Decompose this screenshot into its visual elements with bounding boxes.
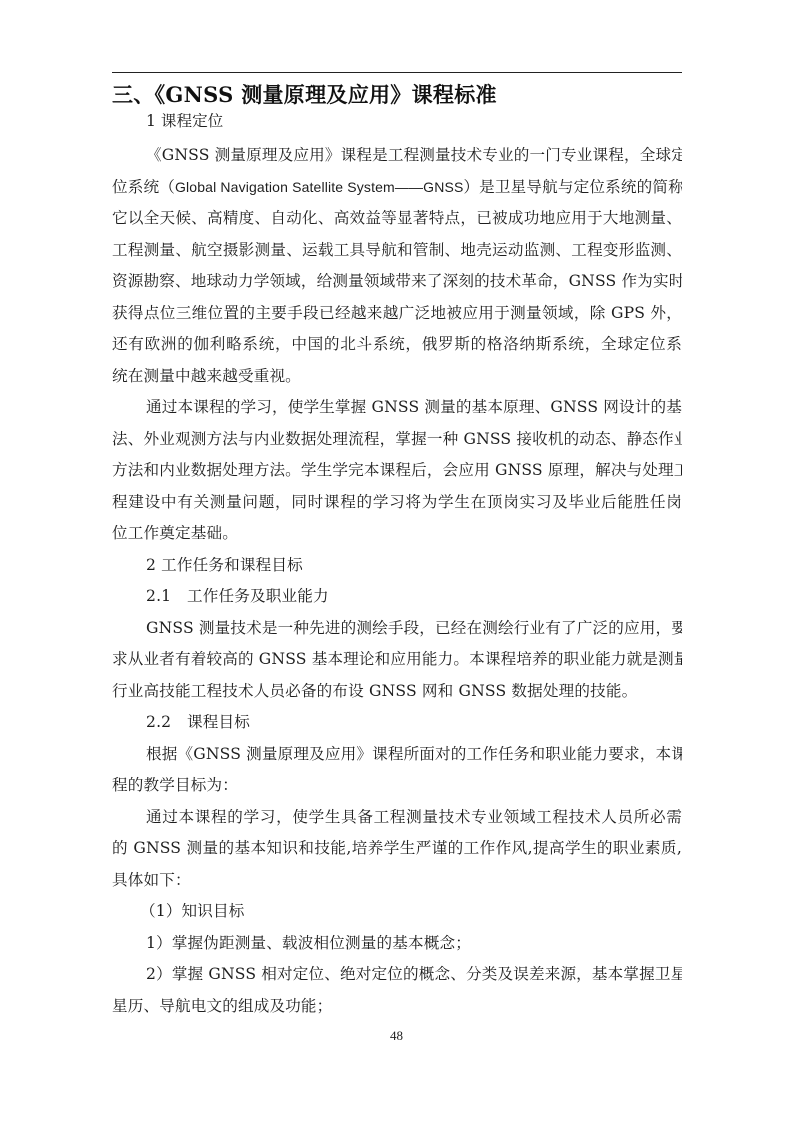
section-1-title: 1 课程定位: [112, 108, 682, 134]
text-line: 资源勘察、地球动力学领域，给测量领域带来了深刻的技术革命，GNSS 作为实时: [112, 266, 682, 298]
text-line: 《GNSS 测量原理及应用》课程是工程测量技术专业的一门专业课程，全球定: [112, 140, 682, 172]
text-line: 求从业者有着较高的 GNSS 基本理论和应用能力。本课程培养的职业能力就是测量: [112, 644, 682, 676]
text-fragment: 位系统（: [112, 178, 175, 196]
text-fragment: ）是卫星导航与定位系统的简称。: [463, 178, 682, 196]
text-line: 行业高技能工程技术人员必备的布设 GNSS 网和 GNSS 数据处理的技能。: [112, 676, 682, 708]
text-line: 还有欧洲的伽利略系统，中国的北斗系统，俄罗斯的格洛纳斯系统，全球定位系: [112, 329, 682, 361]
latin-term: Global Navigation Satellite System——GNSS: [175, 179, 463, 195]
page-number: 48: [0, 1028, 793, 1044]
text-line: 根据《GNSS 测量原理及应用》课程所面对的工作任务和职业能力要求，本课: [112, 739, 682, 771]
document-page: 三、《GNSS 测量原理及应用》课程标准 1 课程定位 《GNSS 测量原理及应…: [0, 0, 793, 1122]
text-line: 位工作奠定基础。: [112, 518, 682, 550]
text-line: 法、外业观测方法与内业数据处理流程，掌握一种 GNSS 接收机的动态、静态作业: [112, 424, 682, 456]
section-1-paragraph-2: 通过本课程的学习，使学生掌握 GNSS 测量的基本原理、GNSS 网设计的基本方…: [112, 392, 682, 550]
text-line: 统在测量中越来越受重视。: [112, 361, 682, 393]
knowledge-goal-item-2: 2）掌握 GNSS 相对定位、绝对定位的概念、分类及误差来源，基本掌握卫星 星历…: [112, 959, 682, 1022]
page-title: 三、《GNSS 测量原理及应用》课程标准: [112, 80, 682, 110]
text-line: 的 GNSS 测量的基本知识和技能,培养学生严谨的工作作风,提高学生的职业素质,: [112, 833, 682, 865]
subsection-2-2-paragraph-2: 通过本课程的学习，使学生具备工程测量技术专业领域工程技术人员所必需 的 GNSS…: [112, 802, 682, 897]
text-line: 通过本课程的学习，使学生具备工程测量技术专业领域工程技术人员所必需: [112, 802, 682, 834]
text-line: 工程测量、航空摄影测量、运载工具导航和管制、地壳运动监测、工程变形监测、: [112, 235, 682, 267]
header-rule: [112, 72, 682, 73]
section-2-title: 2 工作任务和课程目标: [112, 550, 682, 582]
text-line: 它以全天候、高精度、自动化、高效益等显著特点，已被成功地应用于大地测量、: [112, 203, 682, 235]
knowledge-goals-title: （1）知识目标: [112, 896, 682, 928]
section-1-paragraph-1: 《GNSS 测量原理及应用》课程是工程测量技术专业的一门专业课程，全球定 位系统…: [112, 140, 682, 392]
text-line: 具体如下：: [112, 865, 682, 897]
knowledge-goal-item-1: 1）掌握伪距测量、载波相位测量的基本概念；: [112, 928, 682, 960]
text-line: 通过本课程的学习，使学生掌握 GNSS 测量的基本原理、GNSS 网设计的基本方: [112, 392, 682, 424]
subsection-2-1-title: 2.1 工作任务及职业能力: [112, 581, 682, 613]
text-line: 获得点位三维位置的主要手段已经越来越广泛地被应用于测量领域，除 GPS 外，: [112, 298, 682, 330]
subsection-2-2-title: 2.2 课程目标: [112, 707, 682, 739]
text-line: 2）掌握 GNSS 相对定位、绝对定位的概念、分类及误差来源，基本掌握卫星: [112, 959, 682, 991]
text-line: 星历、导航电文的组成及功能；: [112, 991, 682, 1023]
subsection-2-2-paragraph-1: 根据《GNSS 测量原理及应用》课程所面对的工作任务和职业能力要求，本课 程的教…: [112, 739, 682, 802]
page-content: 三、《GNSS 测量原理及应用》课程标准 1 课程定位 《GNSS 测量原理及应…: [112, 80, 682, 1022]
text-line: 程的教学目标为：: [112, 770, 682, 802]
subsection-2-1-paragraph: GNSS 测量技术是一种先进的测绘手段，已经在测绘行业有了广泛的应用，要 求从业…: [112, 613, 682, 708]
text-line: 1）掌握伪距测量、载波相位测量的基本概念；: [112, 928, 682, 960]
text-line: 位系统（Global Navigation Satellite System——…: [112, 172, 682, 204]
text-line: GNSS 测量技术是一种先进的测绘手段，已经在测绘行业有了广泛的应用，要: [112, 613, 682, 645]
text-line: 程建设中有关测量问题，同时课程的学习将为学生在顶岗实习及毕业后能胜任岗: [112, 487, 682, 519]
text-line: 方法和内业数据处理方法。学生学完本课程后，会应用 GNSS 原理，解决与处理工: [112, 455, 682, 487]
